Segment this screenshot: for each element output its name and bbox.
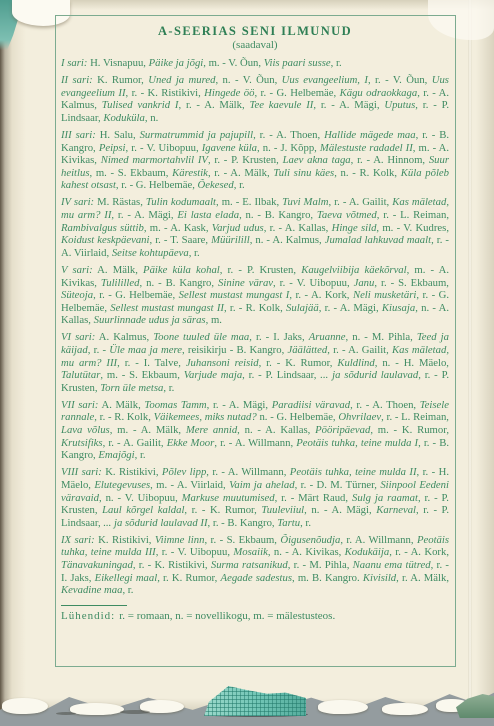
text-run: Lava võlus [61, 424, 110, 436]
list-title: A-SEERIAS SENI ILMUNUD [61, 24, 449, 39]
text-run: Markuse muutumised [182, 492, 275, 504]
text-run: , r. - A. Gailit, [327, 344, 392, 356]
series-paragraph: II sari: K. Rumor, Uned ja mured, n. - V… [61, 74, 449, 124]
text-run: , n. - R. Kolk, [334, 167, 401, 179]
text-run: Peotäis tuhka, teine mulda II [290, 466, 417, 478]
series-paragraph: V sari: A. Mälk, Päike küla kohal, r. - … [61, 264, 449, 327]
text-run: Rambivalgus süttib [61, 222, 144, 234]
text-run: Sinine värav [218, 277, 273, 289]
text-run: , r. - M. Pihla, [288, 559, 353, 571]
text-run: , m. - K. Rumor, [370, 424, 449, 436]
text-run: , r. - G. Helbemäe, [93, 289, 179, 301]
text-run: Toomas Tamm [144, 399, 206, 411]
text-run: Tuli sinu käes [273, 167, 334, 179]
abbreviations-text: r. = romaan, n. = novellikogu, m. = mäle… [119, 610, 335, 622]
text-run: Peotäis tuhka, teine mulda I [296, 437, 418, 449]
text-run: Pööripäevad [315, 424, 370, 436]
text-run: , n. - J. Kõpp, [257, 142, 320, 154]
text-run: Sellest mustast mungast I [179, 289, 290, 301]
text-run: Laul kõrgel kaldal [102, 504, 184, 516]
published-list: A-SEERIAS SENI ILMUNUD (saadaval) I sari… [61, 24, 449, 623]
text-run: , n. - A. Mägi, [304, 504, 376, 516]
text-run: , r. - R. Kolk, [94, 411, 153, 423]
text-run: Paradiisi väravad [272, 399, 350, 411]
text-run: Põlev lipp [162, 466, 206, 478]
text-run: Jumalad lahkuvad maalt [325, 234, 431, 246]
text-run: , r. - A. Mägi, [111, 209, 177, 221]
text-run: , r. - A. Kallas, [264, 222, 332, 234]
text-run: , n. - H. Mäelo, [375, 357, 449, 369]
text-run: Ekke Moor [167, 437, 215, 449]
text-run: Aegade sadestus [221, 572, 292, 584]
text-run: Kaugelviibija käekõrval [301, 264, 406, 276]
text-run: Uputus [384, 99, 415, 111]
text-run: II sari: [61, 74, 93, 86]
text-run: , r. [331, 57, 342, 69]
text-run: Tulililled [101, 277, 140, 289]
text-run: IX sari: [61, 534, 95, 546]
text-run: Surma ratsanikud [211, 559, 288, 571]
text-run: Uus evangeelium, I [282, 74, 368, 86]
series-paragraph: IX sari: K. Ristikivi, Viimne linn, r. -… [61, 534, 449, 597]
text-run: Uned ja mured [148, 74, 215, 86]
text-run: , r. A. Mälk, [396, 572, 449, 584]
text-run: Väikemees, miks nutad? [154, 411, 257, 423]
text-run: , r. - K. Rumor, [184, 504, 261, 516]
abbreviations-note: Lühendid:r. = romaan, n. = novellikogu, … [61, 610, 449, 623]
text-run: Varjud udus [212, 222, 264, 234]
text-run: Päike ja jõgi [149, 57, 204, 69]
text-run: , r. - A. Gailit, [329, 196, 393, 208]
text-run: Hingede öö [204, 87, 254, 99]
text-run: Tänavakuningad [61, 559, 133, 571]
text-run: Jäälätted [287, 344, 327, 356]
text-run: Janu [354, 277, 375, 289]
text-run: Laev akna taga [283, 154, 351, 166]
text-run: Ei lasta elada [177, 209, 239, 221]
paper-crease [468, 0, 472, 712]
text-run: Õigusenõudja [280, 534, 340, 546]
text-run: , r. - G. Helbemäe, [254, 87, 339, 99]
text-run: , r. - P. Krusten, [220, 264, 301, 276]
text-run: , r. - S. Ekbaum, [204, 534, 280, 546]
text-run: , n. - A. Kivikas, [268, 546, 345, 558]
edge-smudge [56, 712, 76, 715]
text-run: Tee kaevule II [250, 99, 314, 111]
text-run: H. Visnapuu, [87, 57, 148, 69]
text-run: Tuvi Malm [282, 196, 328, 208]
text-run: , n. - M. Pihla, [346, 331, 417, 343]
text-run: Vaim ja ahelad [229, 479, 295, 491]
text-run: K. Ristikivi, [95, 534, 155, 546]
text-run: , r. - I. Talve, [117, 357, 186, 369]
text-run: Kuldlind [337, 357, 374, 369]
text-run: I sari: [61, 57, 87, 69]
text-run: Varjude maja [184, 369, 242, 381]
text-run: , r. [189, 247, 200, 259]
text-run: Koduküla [103, 112, 145, 124]
text-run: , r. - A. Hinnom, [351, 154, 429, 166]
text-run: , r. - A. Willmann, [206, 466, 290, 478]
text-run: Emajõgi [98, 449, 134, 461]
series-paragraph: VII sari: A. Mälk, Toomas Tamm, r. - A. … [61, 399, 449, 462]
abbreviations-label: Lühendid: [61, 610, 115, 622]
text-run: , m. - A. Viirlaid, [150, 479, 229, 491]
text-run: , r. - G. Helbemäe, [116, 179, 198, 191]
text-run: , m. - A. Mälk, [110, 424, 186, 436]
text-run: Seitse kohtupäeva [112, 247, 189, 259]
text-run: Mere annid [186, 424, 237, 436]
text-run: , r. [163, 382, 174, 394]
text-run: , m. - S. Ekbaum, [100, 369, 183, 381]
text-run: Tuuleviiul [261, 504, 304, 516]
text-run: , n. - V. Õun, [215, 74, 281, 86]
text-run: , r. [122, 584, 133, 596]
text-run: Tulin kodumaalt [146, 196, 216, 208]
text-run: Kevadine maa [61, 584, 122, 596]
text-run: Karneval [376, 504, 416, 516]
text-run: Hinge sild [332, 222, 377, 234]
text-run: Krutsifiks [61, 437, 103, 449]
text-run: Elutegevuses [94, 479, 150, 491]
text-run: , r. - K. Ristikivi, [133, 559, 211, 571]
text-run: VII sari: [61, 399, 98, 411]
text-run: Müürilill [211, 234, 250, 246]
text-run: ... ja sõdurid laulavad II [103, 517, 207, 529]
text-run: M. Rästas, [94, 196, 146, 208]
text-run: Kivisild [363, 572, 396, 584]
paper-chip [382, 703, 428, 715]
text-run: A. Mälk, [98, 399, 144, 411]
text-run: , r. - P. Lindsaar, [242, 369, 320, 381]
text-run: Talutütar [61, 369, 100, 381]
text-run: , r. - A. Thoen, [253, 129, 324, 141]
text-run: A. Kalmus, [95, 331, 153, 343]
text-run: , n. - A. Kalmus, [250, 234, 325, 246]
text-run: Suurlinnade udus ja säras [94, 314, 206, 326]
paper-chip [2, 698, 48, 714]
text-run: , r. - L. Reiman, [381, 411, 449, 423]
text-run: Surmatrummid ja pajupill [140, 129, 254, 141]
text-run: , r. K. Rumor, [157, 572, 220, 584]
text-run: H. Salu, [96, 129, 140, 141]
text-run: , m. - A. Kask, [144, 222, 212, 234]
text-run: Neli musketäri [353, 289, 416, 301]
text-run: Päike küla kohal [143, 264, 220, 276]
text-run: Sulajää [286, 302, 319, 314]
text-run: Peipsi [99, 142, 126, 154]
text-run: Taeva võtmed [317, 209, 377, 221]
text-run: K. Ristikivi, [102, 466, 162, 478]
text-run: Aruanne [309, 331, 346, 343]
text-run: , r. - S. Ekbaum, [374, 277, 449, 289]
text-run: , r. - A. Mälk, [208, 167, 273, 179]
text-run: n. - G. Helbemäe, [257, 411, 339, 423]
series-paragraph: VIII sari: K. Ristikivi, Põlev lipp, r. … [61, 466, 449, 529]
text-run: , r. - P. Krusten, [208, 154, 283, 166]
text-run: Nimed marmortahvlil IV [101, 154, 208, 166]
text-run: , m. B. Kangro. [292, 572, 363, 584]
text-run: , n. - A. Kallas, [237, 424, 315, 436]
text-run: , reisikirju - B. Kangro, [182, 344, 287, 356]
series-paragraph: IV sari: M. Rästas, Tulin kodumaalt, m. … [61, 196, 449, 259]
text-run: , r. - B. Kangro, [208, 517, 278, 529]
series-paragraph: III sari: H. Salu, Surmatrummid ja pajup… [61, 129, 449, 192]
text-run: Süteoja [61, 289, 93, 301]
text-run: A. Mälk, [93, 264, 143, 276]
text-run: , r. [300, 517, 311, 529]
text-run: Toone tuuled üle maa [153, 331, 249, 343]
text-run: , m. [206, 314, 222, 326]
text-run: , r. - A. Mälk, [178, 99, 249, 111]
text-run: , n. - B. Kangro, [139, 277, 218, 289]
text-run: , m. - V. Õun, [203, 57, 263, 69]
text-run: VI sari: [61, 331, 95, 343]
text-run: Igavene küla [202, 142, 257, 154]
text-run: Juhansoni reisid [186, 357, 259, 369]
text-run: , r. - A. Thoen, [350, 399, 420, 411]
text-run: Viimne linn [155, 534, 205, 546]
text-run: ... ja sõdurid laulavad [320, 369, 418, 381]
text-run: Üle maa ja mere [109, 344, 182, 356]
text-run: , r. - [88, 344, 110, 356]
text-run: , m. - E. Ilbak, [216, 196, 282, 208]
series-paragraph: VI sari: A. Kalmus, Toone tuuled üle maa… [61, 331, 449, 394]
text-run: , r. - A. Kork, [289, 289, 353, 301]
text-run: , m. - S. Ekbaum, [90, 167, 173, 179]
text-run: , r. - T. Saare, [150, 234, 212, 246]
edge-smudge [120, 710, 150, 714]
text-run: , r. [234, 179, 245, 191]
text-run: K. Rumor, [93, 74, 149, 86]
text-run: Kiusaja [382, 302, 415, 314]
text-run: , r. - K. Rumor, [259, 357, 338, 369]
text-run: , r. - A. Willmann, [214, 437, 296, 449]
text-run: Kärestik [172, 167, 208, 179]
text-run: , r. - A. Mägi, [313, 99, 384, 111]
text-run: , n. - V. Uibopuu, [99, 492, 182, 504]
text-run: Kägu odraokkaga [340, 87, 418, 99]
text-run: , r. A. Willmann, [340, 534, 417, 546]
text-run: , r. - V. Uibopuu, [273, 277, 354, 289]
text-run: , r. - I. Jaks, [249, 331, 308, 343]
text-run: , r. [135, 449, 146, 461]
text-run: Sulg ja raamat [352, 492, 418, 504]
text-run: , r. - K. Ristikivi, [126, 87, 205, 99]
paper-chip [318, 700, 368, 714]
text-run: , r. - V. Õun, [368, 74, 432, 86]
text-run: V sari: [61, 264, 93, 276]
text-run: Koidust keskpäevani [61, 234, 150, 246]
text-run: III sari: [61, 129, 96, 141]
text-run: , r. - A. Mägi, [319, 302, 382, 314]
text-run: Eikellegi maal [95, 572, 158, 584]
text-run: , n. [145, 112, 158, 124]
text-run: , r. - A. Gailit, [103, 437, 167, 449]
text-run: VIII sari: [61, 466, 102, 478]
text-run: Mosaiik [233, 546, 267, 558]
text-run: , r. - Märt Raud, [275, 492, 352, 504]
text-run: , r. - V. Uibopuu, [126, 142, 202, 154]
text-run: Sellest mustast mungast II [110, 302, 224, 314]
text-run: Viis paari susse [264, 57, 331, 69]
text-run: IV sari: [61, 196, 94, 208]
text-run: , r. - V. Uibopuu, [156, 546, 234, 558]
footer-divider [61, 605, 127, 606]
text-run: Ohvrilaev [338, 411, 381, 423]
text-run: , r. - A. Kork, [389, 546, 449, 558]
text-run: Kodukäija [345, 546, 390, 558]
text-run: , r. - R. Kolk, [224, 302, 286, 314]
text-run: Tulised vankrid I [102, 99, 179, 111]
paper-chip [70, 703, 124, 715]
text-run: Tartu [277, 517, 300, 529]
text-run: Torn üle metsa [100, 382, 163, 394]
availability-note: (saadaval) [61, 39, 449, 51]
text-run: , n. - B. Kangro, [239, 209, 317, 221]
text-run: , r. - A. Mägi, [207, 399, 272, 411]
text-run: , r. - D. M. Türner, [295, 479, 381, 491]
text-run: , r. - L. Reiman, [377, 209, 449, 221]
text-run: Hallide mägede maa [324, 129, 416, 141]
text-run: , m. - V. Kudres, [376, 222, 449, 234]
text-run: Naanu ema tütred [353, 559, 431, 571]
text-run: Mälestuste radadel II [320, 142, 413, 154]
series-list: I sari: H. Visnapuu, Päike ja jõgi, m. -… [61, 57, 449, 597]
series-paragraph: I sari: H. Visnapuu, Päike ja jõgi, m. -… [61, 57, 449, 70]
text-run: Õekesed [198, 179, 234, 191]
